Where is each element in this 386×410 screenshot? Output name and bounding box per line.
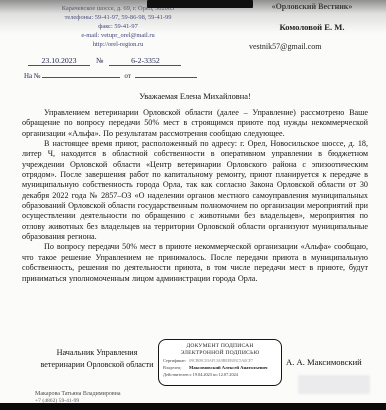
stamp-owner-label: Владелец:: [163, 365, 189, 371]
reply-number-blank: [42, 69, 120, 78]
bottom-crop-bar: [0, 403, 386, 410]
recipient-organization: «Орловский Вестник»: [243, 2, 381, 11]
letter-number: 6-2-3352: [109, 56, 181, 66]
reply-reference-line: На № от: [24, 69, 214, 80]
executor-name: Макарова Татьяна Владимировна: [35, 391, 121, 398]
stamp-valid-value: с 19.04.2023 по 12.07.2024: [190, 372, 238, 378]
letter-body: Уважаемая Елена Михайловна! Управлением …: [22, 92, 368, 284]
redaction-bar: [147, 0, 253, 8]
stamp-owner-value: Максимовский Алексей Анатольевич: [189, 365, 268, 371]
signer-position: Начальник Управления ветеринарии Орловск…: [36, 347, 158, 370]
recipient-email: vestnik57@gmail.com: [243, 42, 381, 51]
paragraph-2: В настоящее время приют, расположенный п…: [22, 139, 368, 242]
stamp-title-line1: ДОКУМЕНТ ПОДПИСАН: [163, 343, 277, 350]
sender-fax: факс: 59-41-97: [28, 22, 208, 31]
recipient-name: Комоловой Е. М.: [243, 22, 381, 32]
letter-date: 23.10.2023: [28, 56, 90, 66]
stamp-title-line2: ЭЛЕКТРОННОЙ ПОДПИСЬЮ: [163, 350, 277, 357]
sender-phones: телефоны: 59-41-97, 59-86-98, 59-41-99: [28, 13, 208, 22]
salutation: Уважаемая Елена Михайловна!: [22, 92, 368, 101]
digital-signature-stamp: ДОКУМЕНТ ПОДПИСАН ЭЛЕКТРОННОЙ ПОДПИСЬЮ С…: [158, 339, 282, 386]
reply-from-label: от: [124, 72, 130, 80]
reply-date-blank: [135, 69, 197, 78]
number-sign: №: [96, 56, 103, 65]
paragraph-1: Управлением ветеринарии Орловской област…: [22, 108, 368, 139]
reference-line: 23.10.2023№6-2-3352: [28, 56, 208, 66]
sender-contact-block: Карачевское шоссе, д. 69, г. Орёл, 30200…: [28, 4, 208, 49]
sender-email: e-mail: vetupr_orel@mail.ru: [28, 31, 208, 40]
paragraph-3: По вопросу передачи 50% мест в приюте не…: [22, 242, 368, 283]
signer-name: А. А. Максимовский: [286, 357, 384, 367]
stamp-certificate-value: 09CB09C03AF13A9BEEB03C5A0CF7: [189, 358, 253, 364]
stamp-certificate-label: Сертификат:: [163, 358, 189, 364]
recipient-block: «Орловский Вестник» Комоловой Е. М. vest…: [243, 2, 381, 51]
stamp-valid-label: Действителен:: [163, 372, 190, 378]
sender-website: http://orel-region.ru: [28, 40, 208, 49]
letter-photo: { "letterhead": { "sender": { "address":…: [0, 0, 386, 410]
reply-label: На №: [24, 72, 41, 80]
faint-watermark: [298, 375, 370, 394]
